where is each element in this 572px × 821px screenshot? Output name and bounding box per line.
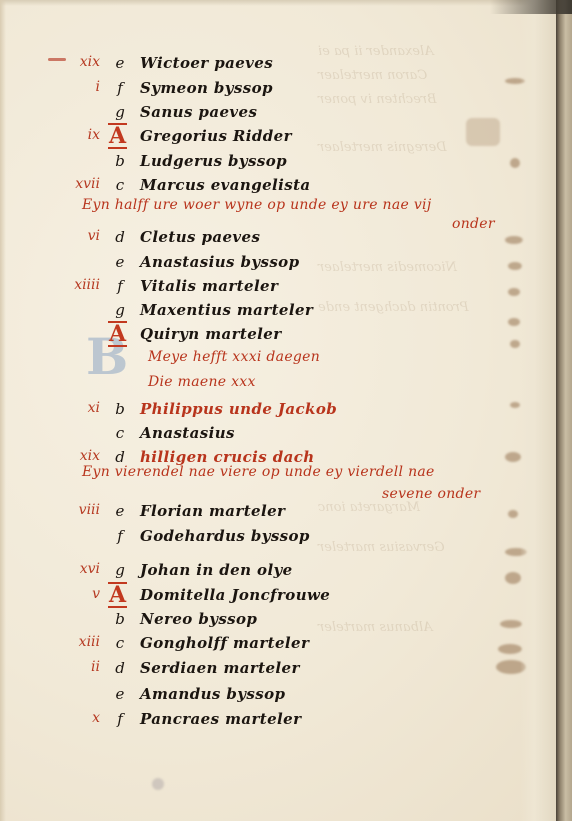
saint-name: Sanus paeves: [140, 103, 257, 121]
golden-number: viii: [60, 502, 100, 518]
saint-name: Maxentius marteler: [140, 301, 313, 319]
rubric-line: Eyn halff ure woer wyne op unde ey ure n…: [82, 197, 431, 213]
saint-name: Nereo byssop: [140, 610, 257, 628]
dominical-letter: d: [112, 228, 128, 246]
dominical-letter: f: [112, 527, 128, 545]
binding-top-shadow: [490, 0, 572, 14]
dominical-letter: f: [112, 79, 128, 97]
dominical-letter: c: [112, 176, 128, 194]
saint-name: Ludgerus byssop: [140, 152, 287, 170]
saint-name: Anastasius: [140, 424, 235, 442]
bleed-through-text: Brechten iv poner: [318, 92, 437, 107]
saint-name: Marcus evangelista: [140, 176, 311, 194]
ink-stain: [508, 288, 520, 296]
golden-number: xvii: [60, 176, 100, 192]
ink-stain: [500, 620, 522, 628]
saint-name: Pancraes marteler: [140, 710, 301, 728]
dominical-letter: e: [112, 253, 128, 271]
saint-name: Cletus paeves: [140, 228, 260, 246]
saint-name: Vitalis marteler: [140, 277, 278, 295]
feast-name-rubricated: Philippus unde Jackob: [140, 400, 337, 418]
golden-number: i: [60, 79, 100, 95]
dominical-letter: c: [112, 424, 128, 442]
dominical-letter: f: [112, 710, 128, 728]
bleed-through-text: Prontin dachgent ende: [318, 300, 469, 315]
dominical-letter: b: [112, 152, 128, 170]
bleed-through-text: Caron mertelaer: [318, 68, 427, 83]
golden-number: xix: [60, 448, 100, 464]
dominical-letter: c: [112, 634, 128, 652]
rubric-line: Meye hefft xxxi daegen: [148, 349, 320, 365]
golden-number: v: [60, 586, 100, 602]
ink-stain: [508, 510, 518, 518]
ink-stain: [152, 778, 164, 790]
bleed-through-text: Alexander ii pa ei: [318, 44, 434, 59]
page-top-shadow: [0, 0, 572, 6]
saint-name: Serdiaen marteler: [140, 659, 300, 677]
dominical-letter: e: [112, 685, 128, 703]
manuscript-page: Alexander ii pa ei Caron mertelaer Brech…: [0, 0, 572, 821]
golden-number: ii: [60, 659, 100, 675]
saint-name: Johan in den olye: [140, 561, 293, 579]
dominical-letter: g: [112, 301, 128, 319]
saint-name: Wictoer paeves: [140, 54, 273, 72]
bleed-through-text: Deregnis mertelaer: [318, 140, 447, 155]
rubric-line: Die maene xxx: [148, 374, 256, 390]
dominical-letter: f: [112, 277, 128, 295]
saint-name: Amandus byssop: [140, 685, 285, 703]
bleed-through-text: Albanus marteler: [318, 620, 432, 635]
ink-stain: [505, 452, 521, 462]
book-binding-edge: [556, 0, 572, 821]
golden-number: xvi: [60, 561, 100, 577]
ink-stain: [466, 118, 500, 146]
dominical-letter-rubricated: A: [108, 582, 127, 608]
rubric-line: Eyn vierendel nae viere op unde ey vierd…: [82, 464, 435, 480]
dominical-letter: d: [112, 659, 128, 677]
golden-number: x: [60, 710, 100, 726]
ink-stain: [510, 402, 520, 408]
dominical-letter: g: [112, 561, 128, 579]
saint-name: Florian marteler: [140, 502, 285, 520]
dominical-letter: g: [112, 103, 128, 121]
bleed-through-text: Nicomedis mertelaer: [318, 260, 457, 275]
ink-stain: [505, 572, 521, 584]
saint-name: Symeon byssop: [140, 79, 273, 97]
rubric-line: sevene onder: [382, 486, 480, 502]
ink-stain: [510, 158, 520, 168]
dominical-letter-rubricated: A: [108, 123, 127, 149]
page-gutter: [520, 0, 556, 821]
saint-name: Gongholff marteler: [140, 634, 309, 652]
page-left-edge: [0, 0, 6, 821]
dominical-letter: e: [112, 502, 128, 520]
saint-name: Domitella Joncfrouwe: [140, 586, 330, 604]
golden-number: xiiii: [60, 277, 100, 293]
ink-stain: [508, 318, 520, 326]
bleed-through-text: Margareta ionc: [318, 500, 420, 515]
dominical-letter: b: [112, 610, 128, 628]
saint-name: Quiryn marteler: [140, 325, 282, 343]
dominical-letter: b: [112, 400, 128, 418]
dominical-letter-rubricated: A: [108, 321, 127, 347]
saint-name: Godehardus byssop: [140, 527, 310, 545]
golden-number: xi: [60, 400, 100, 416]
bleed-through-text: Gervasius marteler: [318, 540, 445, 555]
rubric-line: onder: [452, 216, 495, 232]
golden-number: xiii: [60, 634, 100, 650]
dominical-letter: e: [112, 54, 128, 72]
golden-number: vi: [60, 228, 100, 244]
golden-number: xix: [60, 54, 100, 70]
ink-stain: [498, 644, 522, 654]
ink-stain: [510, 340, 520, 348]
golden-number: ix: [60, 127, 100, 143]
saint-name: Gregorius Ridder: [140, 127, 292, 145]
saint-name: Anastasius byssop: [140, 253, 299, 271]
